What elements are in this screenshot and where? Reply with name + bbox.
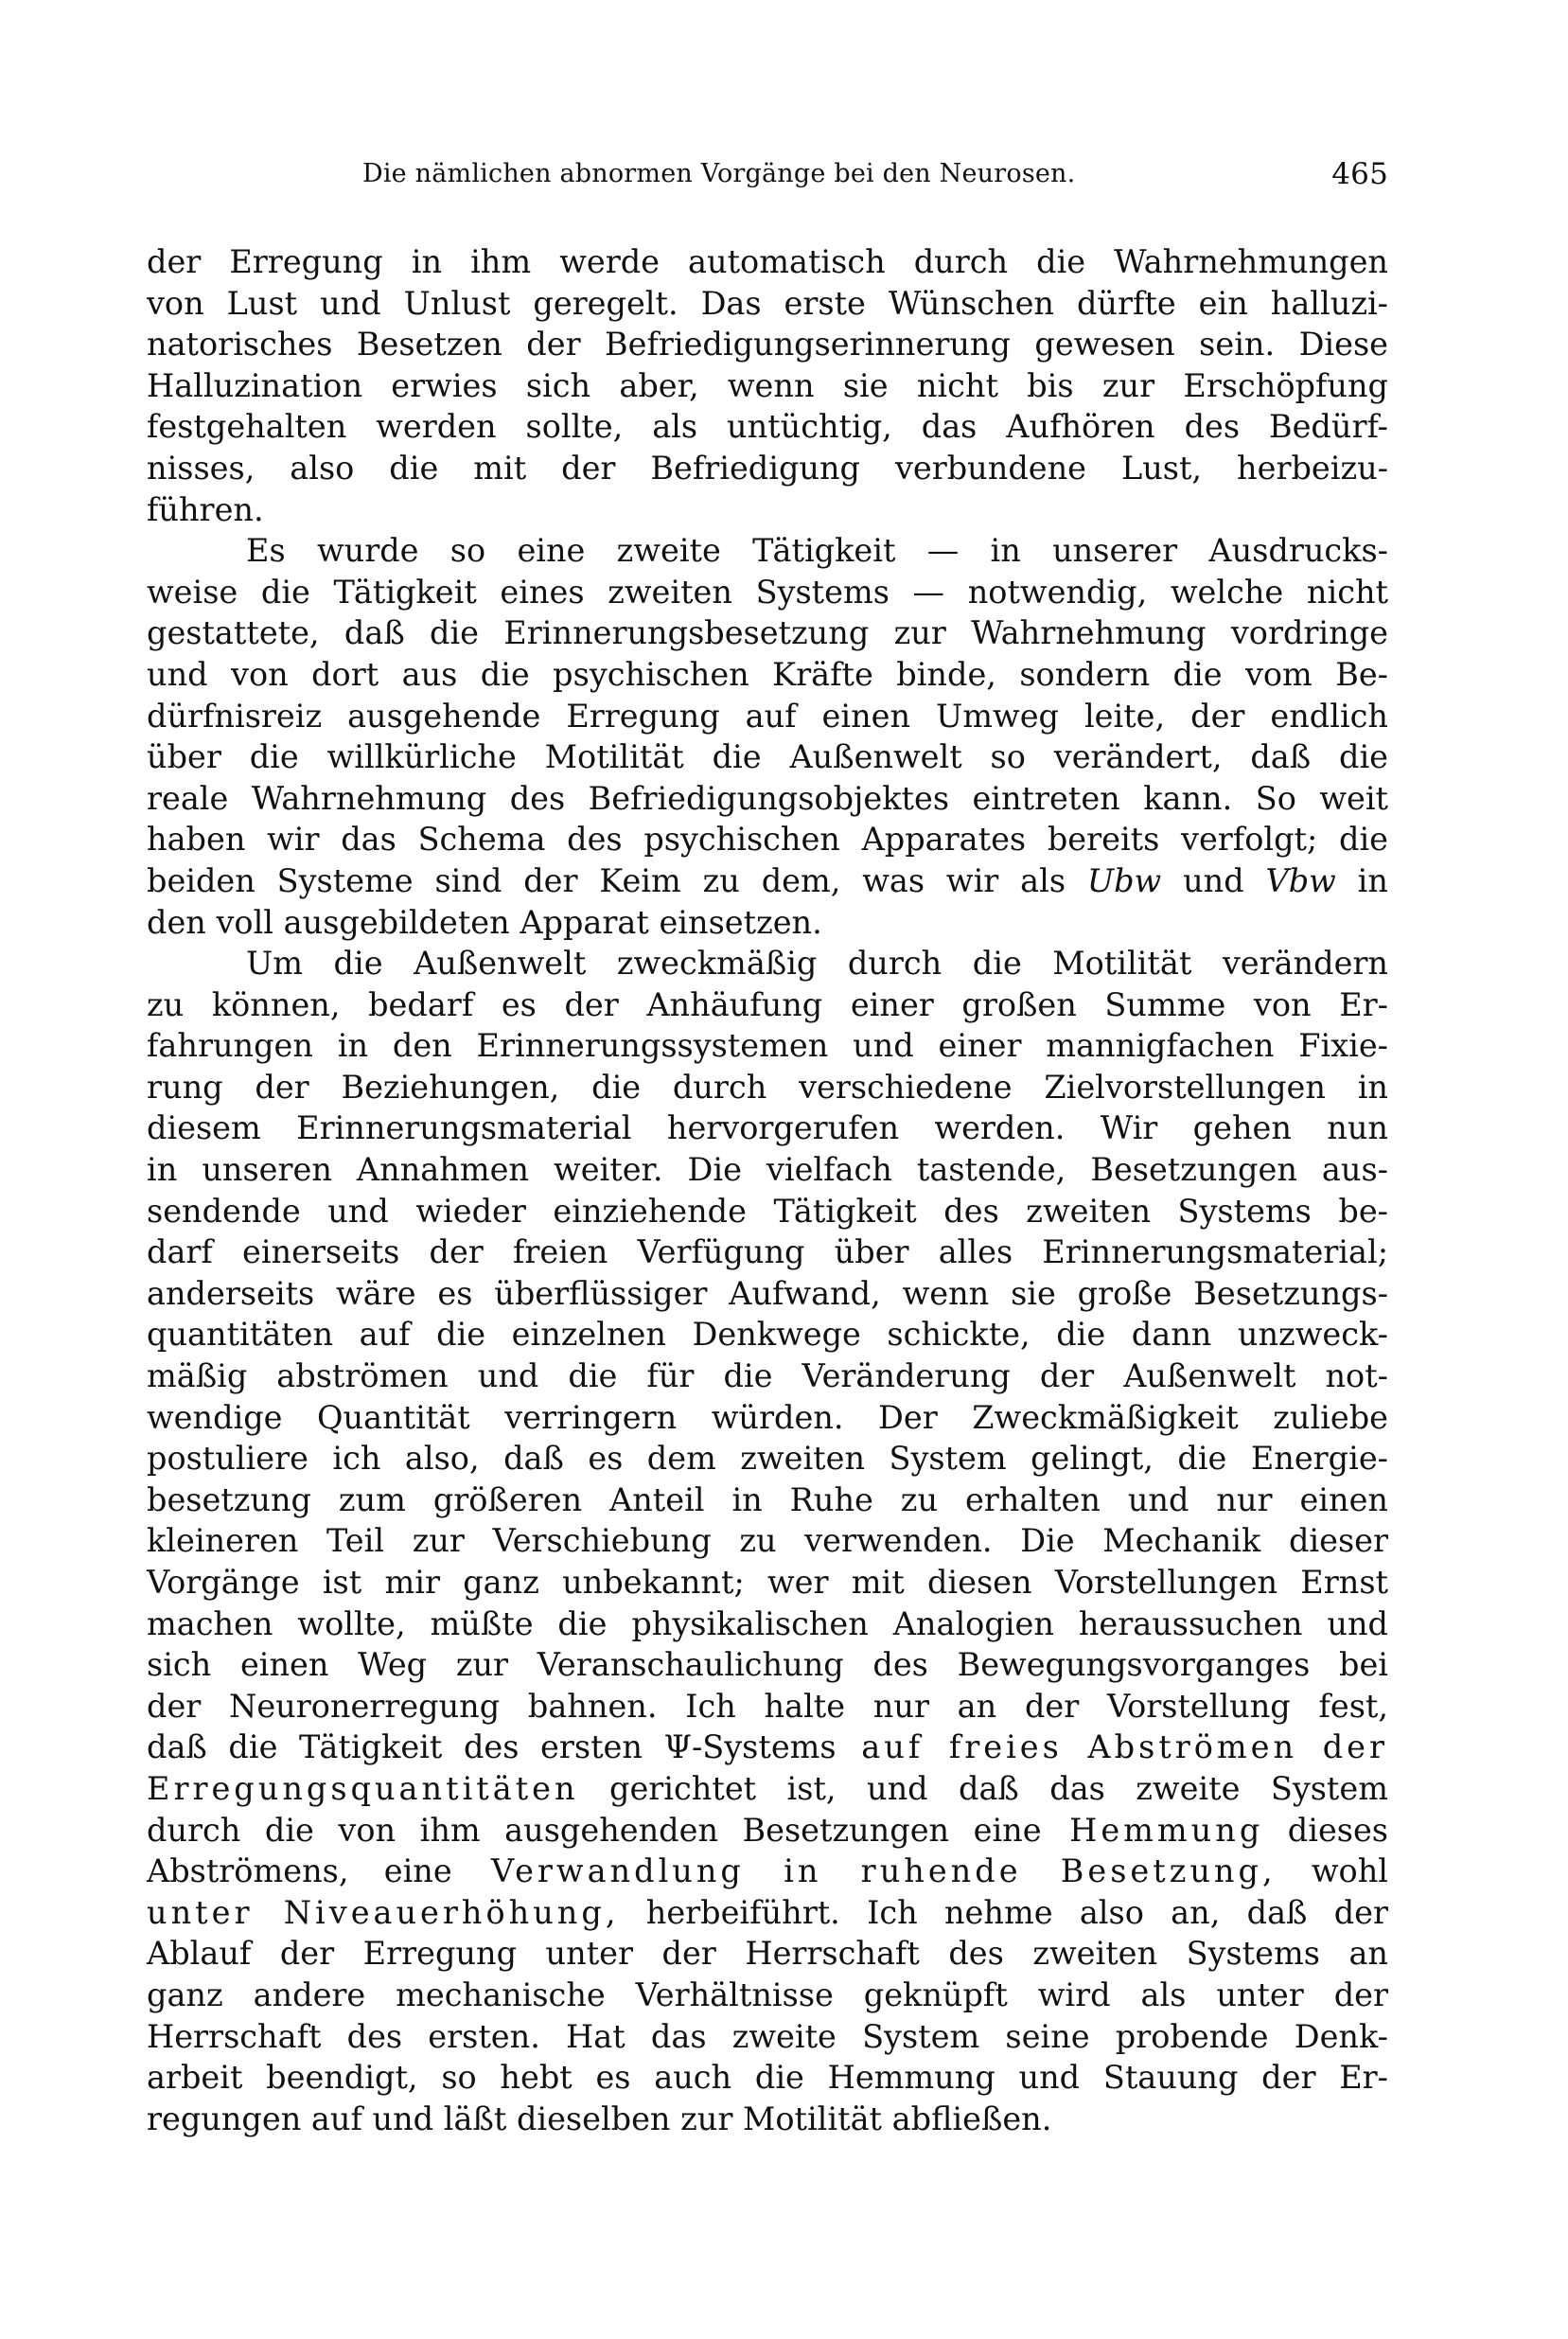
text-segment: wohl [1277,1852,1388,1889]
text-line: der Neuronerregung bahnen. Ich halte nur… [147,1686,1388,1728]
text-line: postuliere ich also, daß es dem zweiten … [147,1438,1388,1480]
text-segment: daß die Tätigkeit des ersten Ψ-Systems [147,1728,837,1765]
text-line: in unseren Annahmen weiter. Die vielfach… [147,1149,1388,1191]
text-line: unter Niveauerhöhung, herbeiführt. Ich n… [147,1892,1388,1934]
text-line: wendige Quantität verringern würden. Der… [147,1397,1388,1439]
text-line: mäßig abströmen und die für die Veränder… [147,1356,1388,1397]
text-line: reale Wahrnehmung des Befriedigungsobjek… [147,778,1388,820]
body-text: der Erregung in ihm werde automatisch du… [147,241,1388,2139]
text-line: machen wollte, müßte die physikalischen … [147,1604,1388,1645]
text-line: haben wir das Schema des psychischen App… [147,819,1388,860]
text-line: Halluzination erwies sich aber, wenn sie… [147,365,1388,407]
text-line: rung der Beziehungen, die durch verschie… [147,1067,1388,1108]
running-title: Die nämlichen abnormen Vorgänge bei den … [362,159,1075,188]
vbw-term: Vbw [1266,862,1336,899]
text-line: beiden Systeme sind der Keim zu dem, was… [147,860,1388,902]
book-page: Die nämlichen abnormen Vorgänge bei den … [0,0,1568,2339]
text-line: arbeit beendigt, so hebt es auch die Hem… [147,2057,1388,2099]
text-line: der Erregung in ihm werde automatisch du… [147,241,1388,283]
text-line: natorisches Besetzen der Befriedigungser… [147,324,1388,365]
text-line: sich einen Weg zur Veranschaulichung des… [147,1644,1388,1686]
text-line: festgehalten werden sollte, als untüchti… [147,406,1388,448]
text-segment: und [1161,862,1265,899]
text-line: führen. [147,489,1388,531]
emphasized-text: Niveauerhöhung, [253,1894,619,1931]
text-line: fahrungen in den Erinnerungssystemen und… [147,1025,1388,1067]
emphasized-text: Erregungsquantitäten [147,1770,579,1807]
text-line: und von dort aus die psychischen Kräfte … [147,654,1388,696]
text-line: durch die von ihm ausgehenden Besetzunge… [147,1810,1388,1852]
text-line: über die willkürliche Motilität die Auße… [147,736,1388,778]
text-line: Ablauf der Erregung unter der Herrschaft… [147,1933,1388,1975]
text-line: gestattete, daß die Erinnerungsbesetzung… [147,612,1388,654]
text-segment: gerichtet ist, und daß das zweite System [579,1770,1388,1807]
text-line: den voll ausgebildeten Apparat einsetzen… [147,902,1388,944]
text-line: Erregungsquantitäten gerichtet ist, und … [147,1768,1388,1810]
text-segment: dieses [1263,1812,1388,1849]
emphasized-text: auf freies Abströmen der [837,1728,1388,1765]
text-line: nisses, also die mit der Befriedigung ve… [147,448,1388,489]
text-line: weise die Tätigkeit eines zweiten System… [147,572,1388,613]
page-number: 465 [1331,157,1388,191]
text-line: anderseits wäre es überflüssiger Aufwand… [147,1273,1388,1315]
running-header: Die nämlichen abnormen Vorgänge bei den … [147,159,1388,197]
text-line: besetzung zum größeren Anteil in Ruhe zu… [147,1480,1388,1521]
emphasized-text: Hemmung [1042,1812,1264,1849]
text-line: kleineren Teil zur Verschiebung zu verwe… [147,1520,1388,1562]
text-segment: herbeiführt. Ich nehme also an, daß der [619,1894,1388,1931]
emphasized-text: unter [147,1894,253,1931]
text-line: sendende und wieder einziehende Tätigkei… [147,1191,1388,1232]
text-line: regungen auf und läßt dieselben zur Moti… [147,2099,1388,2140]
text-line: dürfnisreiz ausgehende Erregung auf eine… [147,696,1388,737]
ubw-term: Ubw [1087,862,1161,899]
text-line: Vorgänge ist mir ganz unbekannt; wer mit… [147,1562,1388,1604]
text-segment: Abströmens, eine [147,1852,452,1889]
text-line: zu können, bedarf es der Anhäufung einer… [147,984,1388,1026]
text-line: darf einerseits der freien Verfügung übe… [147,1232,1388,1273]
text-line: ganz andere mechanische Verhältnisse gek… [147,1975,1388,2016]
text-line: diesem Erinnerungsmaterial hervorgerufen… [147,1107,1388,1149]
text-line: quantitäten auf die einzelnen Denkwege s… [147,1314,1388,1356]
paragraph-start-line: Es wurde so eine zweite Tätigkeit — in u… [147,530,1388,572]
text-segment: beiden Systeme sind der Keim zu dem, was… [147,862,1066,899]
text-segment: durch die von ihm ausgehenden Besetzunge… [147,1812,1042,1849]
text-line: Herrschaft des ersten. Hat das zweite Sy… [147,2016,1388,2058]
text-line: von Lust und Unlust geregelt. Das erste … [147,283,1388,325]
emphasized-text: Verwandlung in ruhende Besetzung, [452,1852,1277,1889]
text-line: Abströmens, eine Verwandlung in ruhende … [147,1851,1388,1892]
paragraph-start-line: Um die Außenwelt zweckmäßig durch die Mo… [147,943,1388,984]
text-segment: in [1336,862,1388,899]
text-line: daß die Tätigkeit des ersten Ψ-Systems a… [147,1727,1388,1768]
